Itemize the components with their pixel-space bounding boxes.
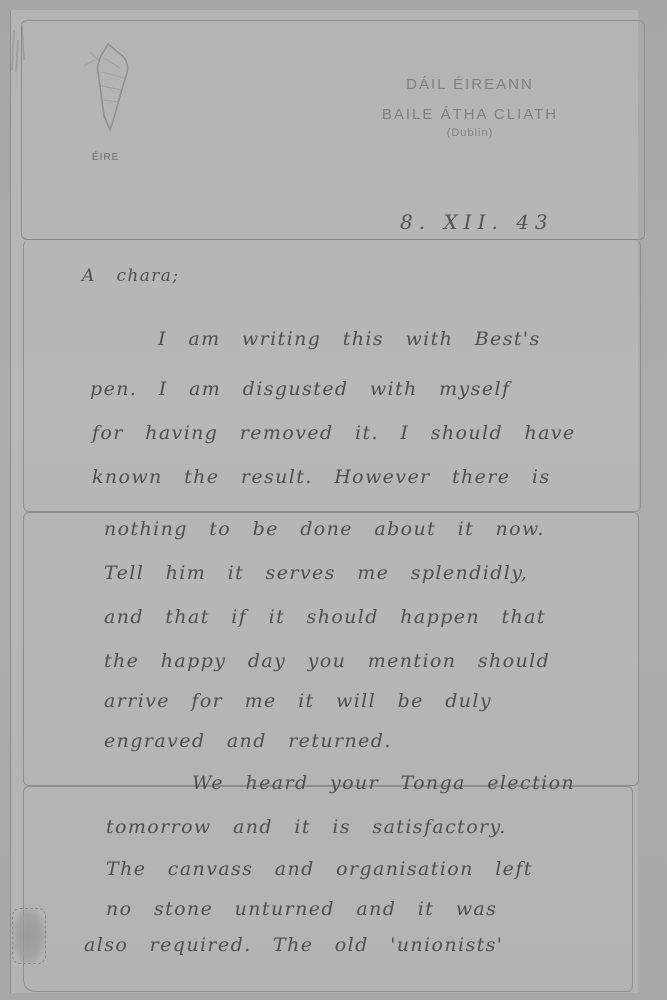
body-line: arrive for me it will be duly: [104, 690, 492, 712]
body-line: and that if it should happen that: [104, 606, 546, 628]
body-line: I am writing this with Best's: [158, 328, 541, 350]
body-line: pen. I am disgusted with myself: [90, 378, 510, 400]
body-line: known the result. However there is: [92, 466, 551, 488]
body-line: also required. The old 'unionists': [84, 934, 503, 956]
fingerprint-smudge: [12, 908, 46, 964]
body-line: Tell him it serves me splendidly,: [104, 562, 528, 584]
body-line: tomorrow and it is satisfactory.: [106, 816, 507, 838]
body-line: for having removed it. I should have: [92, 422, 576, 444]
letterhead-city-irish: Baile Átha Cliath: [360, 104, 580, 126]
body-line: We heard your Tonga election: [192, 772, 575, 794]
letter-date: 8. XII. 43: [400, 210, 554, 234]
torn-corner-mark: [8, 0, 38, 80]
emblem-caption: Éire: [92, 152, 119, 163]
letterhead-city-english: (Dublin): [360, 126, 580, 140]
letterhead-title: Dáil Éireann: [360, 74, 580, 96]
body-line: The canvass and organisation left: [106, 858, 533, 880]
salutation: A chara;: [82, 266, 179, 286]
body-line: nothing to be done about it now.: [104, 518, 545, 540]
body-line: the happy day you mention should: [104, 650, 550, 672]
body-line: no stone unturned and it was: [106, 898, 497, 920]
body-line: engraved and returned.: [104, 730, 392, 752]
letterhead: Dáil Éireann Baile Átha Cliath (Dublin): [360, 74, 580, 140]
harp-icon: [76, 38, 146, 138]
